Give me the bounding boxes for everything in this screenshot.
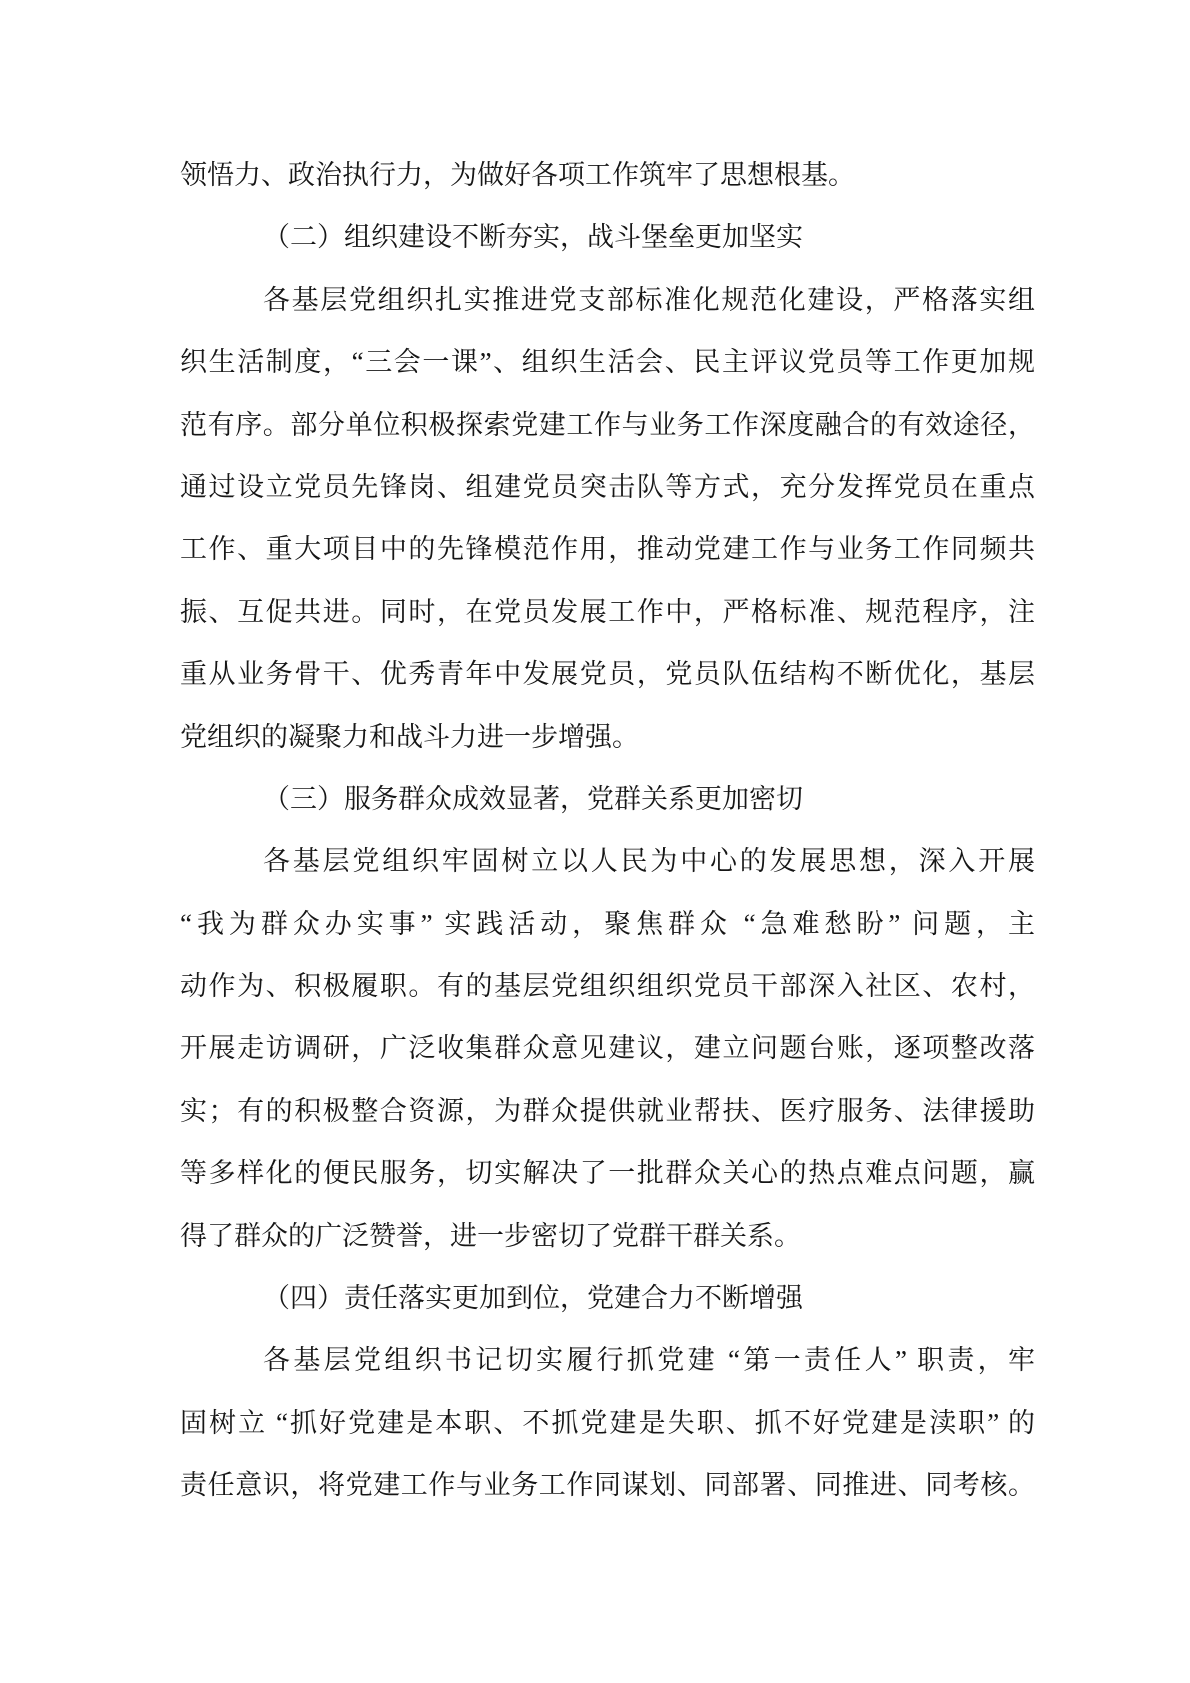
document-page: 领悟力、政治执行力，为做好各项工作筑牢了思想根基。 （二）组织建设不断夯实，战斗… bbox=[0, 0, 1190, 1683]
document-text-block: 领悟力、政治执行力，为做好各项工作筑牢了思想根基。 （二）组织建设不断夯实，战斗… bbox=[180, 144, 1035, 1517]
doc-line: 实；有的积极整合资源，为群众提供就业帮扶、医疗服务、法律援助 bbox=[180, 1080, 1035, 1142]
doc-line: 各基层党组织牢固树立以人民为中心的发展思想，深入开展 bbox=[180, 830, 1035, 892]
doc-line: 各基层党组织书记切实履行抓党建 “第一责任人” 职责，牢 bbox=[180, 1329, 1035, 1391]
doc-line: 各基层党组织扎实推进党支部标准化规范化建设，严格落实组 bbox=[180, 269, 1035, 331]
doc-line: 等多样化的便民服务，切实解决了一批群众关心的热点难点问题，赢 bbox=[180, 1142, 1035, 1204]
doc-line: 党组织的凝聚力和战斗力进一步增强。 bbox=[180, 706, 1035, 768]
doc-line: 重从业务骨干、优秀青年中发展党员，党员队伍结构不断优化，基层 bbox=[180, 643, 1035, 705]
doc-line: 领悟力、政治执行力，为做好各项工作筑牢了思想根基。 bbox=[180, 144, 1035, 206]
section-heading-3: （三）服务群众成效显著，党群关系更加密切 bbox=[180, 768, 1035, 830]
doc-line: 工作、重大项目中的先锋模范作用，推动党建工作与业务工作同频共 bbox=[180, 518, 1035, 580]
doc-line: 织生活制度，“三会一课”、组织生活会、民主评议党员等工作更加规 bbox=[180, 331, 1035, 393]
doc-line: 得了群众的广泛赞誉，进一步密切了党群干群关系。 bbox=[180, 1205, 1035, 1267]
section-heading-4: （四）责任落实更加到位，党建合力不断增强 bbox=[180, 1267, 1035, 1329]
doc-line: “我为群众办实事” 实践活动，聚焦群众 “急难愁盼” 问题，主 bbox=[180, 893, 1035, 955]
doc-line: 责任意识，将党建工作与业务工作同谋划、同部署、同推进、同考核。 bbox=[180, 1454, 1035, 1516]
doc-line: 固树立 “抓好党建是本职、不抓党建是失职、抓不好党建是渎职” 的 bbox=[180, 1392, 1035, 1454]
doc-line: 范有序。部分单位积极探索党建工作与业务工作深度融合的有效途径， bbox=[180, 394, 1035, 456]
doc-line: 振、互促共进。同时，在党员发展工作中，严格标准、规范程序，注 bbox=[180, 581, 1035, 643]
section-heading-2: （二）组织建设不断夯实，战斗堡垒更加坚实 bbox=[180, 206, 1035, 268]
doc-line: 通过设立党员先锋岗、组建党员突击队等方式，充分发挥党员在重点 bbox=[180, 456, 1035, 518]
doc-line: 动作为、积极履职。有的基层党组织组织党员干部深入社区、农村， bbox=[180, 955, 1035, 1017]
doc-line: 开展走访调研，广泛收集群众意见建议，建立问题台账，逐项整改落 bbox=[180, 1017, 1035, 1079]
